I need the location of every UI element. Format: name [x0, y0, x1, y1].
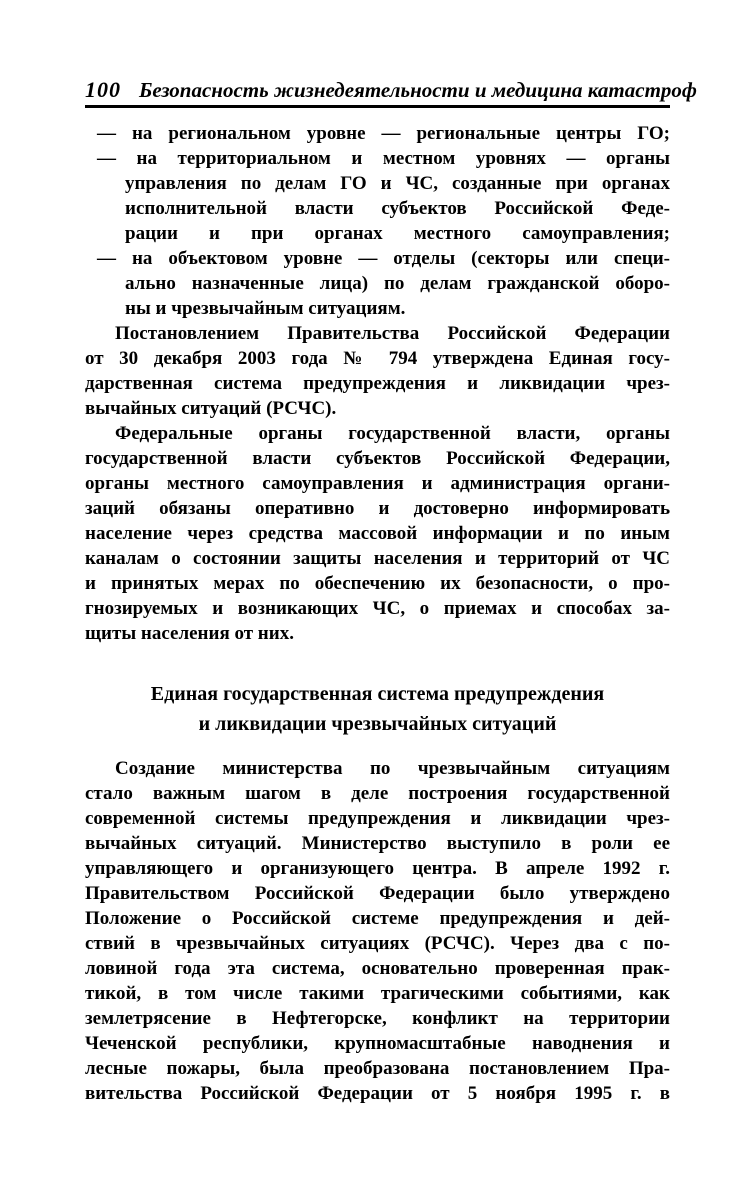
- running-header-title: Безопасность жизнедеятельности и медицин…: [139, 78, 697, 102]
- text-line: Чеченской республики, крупномасштабные н…: [85, 1031, 670, 1056]
- text-line: современной системы предупреждения и лик…: [85, 806, 670, 831]
- text-line: исполнительной власти субъектов Российск…: [85, 196, 670, 221]
- text-line: Положение о Российской системе предупреж…: [85, 906, 670, 931]
- text-line: Федеральные органы государственной власт…: [85, 421, 670, 446]
- text-line: стало важным шагом в деле построения гос…: [85, 781, 670, 806]
- text-line: гнозируемых и возникающих ЧС, о приемах …: [85, 596, 670, 621]
- text-line: лесные пожары, была преобразована постан…: [85, 1056, 670, 1081]
- text-line: вычайных ситуаций. Министерство выступил…: [85, 831, 670, 856]
- text-line: ловиной года эта система, основательно п…: [85, 956, 670, 981]
- running-header: 100 Безопасность жизнедеятельности и мед…: [85, 78, 670, 108]
- text-line: дарственная система предупреждения и лик…: [85, 371, 670, 396]
- text-line: и принятых мерах по обеспечению их безоп…: [85, 571, 670, 596]
- paragraph: Федеральные органы государственной власт…: [85, 421, 670, 646]
- text-line: Создание министерства по чрезвычайным си…: [85, 756, 670, 781]
- list-item: — на объектовом уровне — отделы (секторы…: [85, 246, 670, 321]
- text-line: Единая государственная система предупреж…: [85, 679, 670, 709]
- text-line: Правительством Российской Федерации было…: [85, 881, 670, 906]
- paragraph: Постановлением Правительства Российской …: [85, 321, 670, 421]
- text-line: землетрясение в Нефтегорске, конфликт на…: [85, 1006, 670, 1031]
- text-line: управления по делам ГО и ЧС, созданные п…: [85, 171, 670, 196]
- page-body: — на региональном уровне — региональные …: [85, 121, 670, 1106]
- text-line: рации и при органах местного самоуправле…: [85, 221, 670, 246]
- paragraph: Создание министерства по чрезвычайным си…: [85, 756, 670, 1106]
- text-line: щиты населения от них.: [85, 621, 670, 646]
- text-line: — на объектовом уровне — отделы (секторы…: [85, 246, 670, 271]
- list-item: — на территориальном и местном уровнях —…: [85, 146, 670, 246]
- text-line: население через средства массовой информ…: [85, 521, 670, 546]
- text-line: ствий в чрезвычайных ситуациях (РСЧС). Ч…: [85, 931, 670, 956]
- text-line: — на территориальном и местном уровнях —…: [85, 146, 670, 171]
- text-line: и ликвидации чрезвычайных ситуаций: [85, 709, 670, 739]
- text-line: — на региональном уровне — региональные …: [85, 121, 670, 146]
- text-line: Постановлением Правительства Российской …: [85, 321, 670, 346]
- list-item: — на региональном уровне — региональные …: [85, 121, 670, 146]
- text-line: заций обязаны оперативно и достоверно ин…: [85, 496, 670, 521]
- book-page: 100 Безопасность жизнедеятельности и мед…: [0, 0, 756, 1181]
- page-number: 100: [85, 78, 121, 102]
- text-line: от 30 декабря 2003 года № 794 утверждена…: [85, 346, 670, 371]
- text-line: ны и чрезвычайным ситуациям.: [85, 296, 670, 321]
- text-line: управляющего и организующего центра. В а…: [85, 856, 670, 881]
- text-line: тикой, в том числе такими трагическими с…: [85, 981, 670, 1006]
- text-line: вычайных ситуаций (РСЧС).: [85, 396, 670, 421]
- text-line: органы местного самоуправления и админис…: [85, 471, 670, 496]
- text-line: вительства Российской Федерации от 5 ноя…: [85, 1081, 670, 1106]
- section-heading: Единая государственная система предупреж…: [85, 679, 670, 739]
- text-line: государственной власти субъектов Российс…: [85, 446, 670, 471]
- text-line: ально назначенные лица) по делам граждан…: [85, 271, 670, 296]
- text-line: каналам о состоянии защиты населения и т…: [85, 546, 670, 571]
